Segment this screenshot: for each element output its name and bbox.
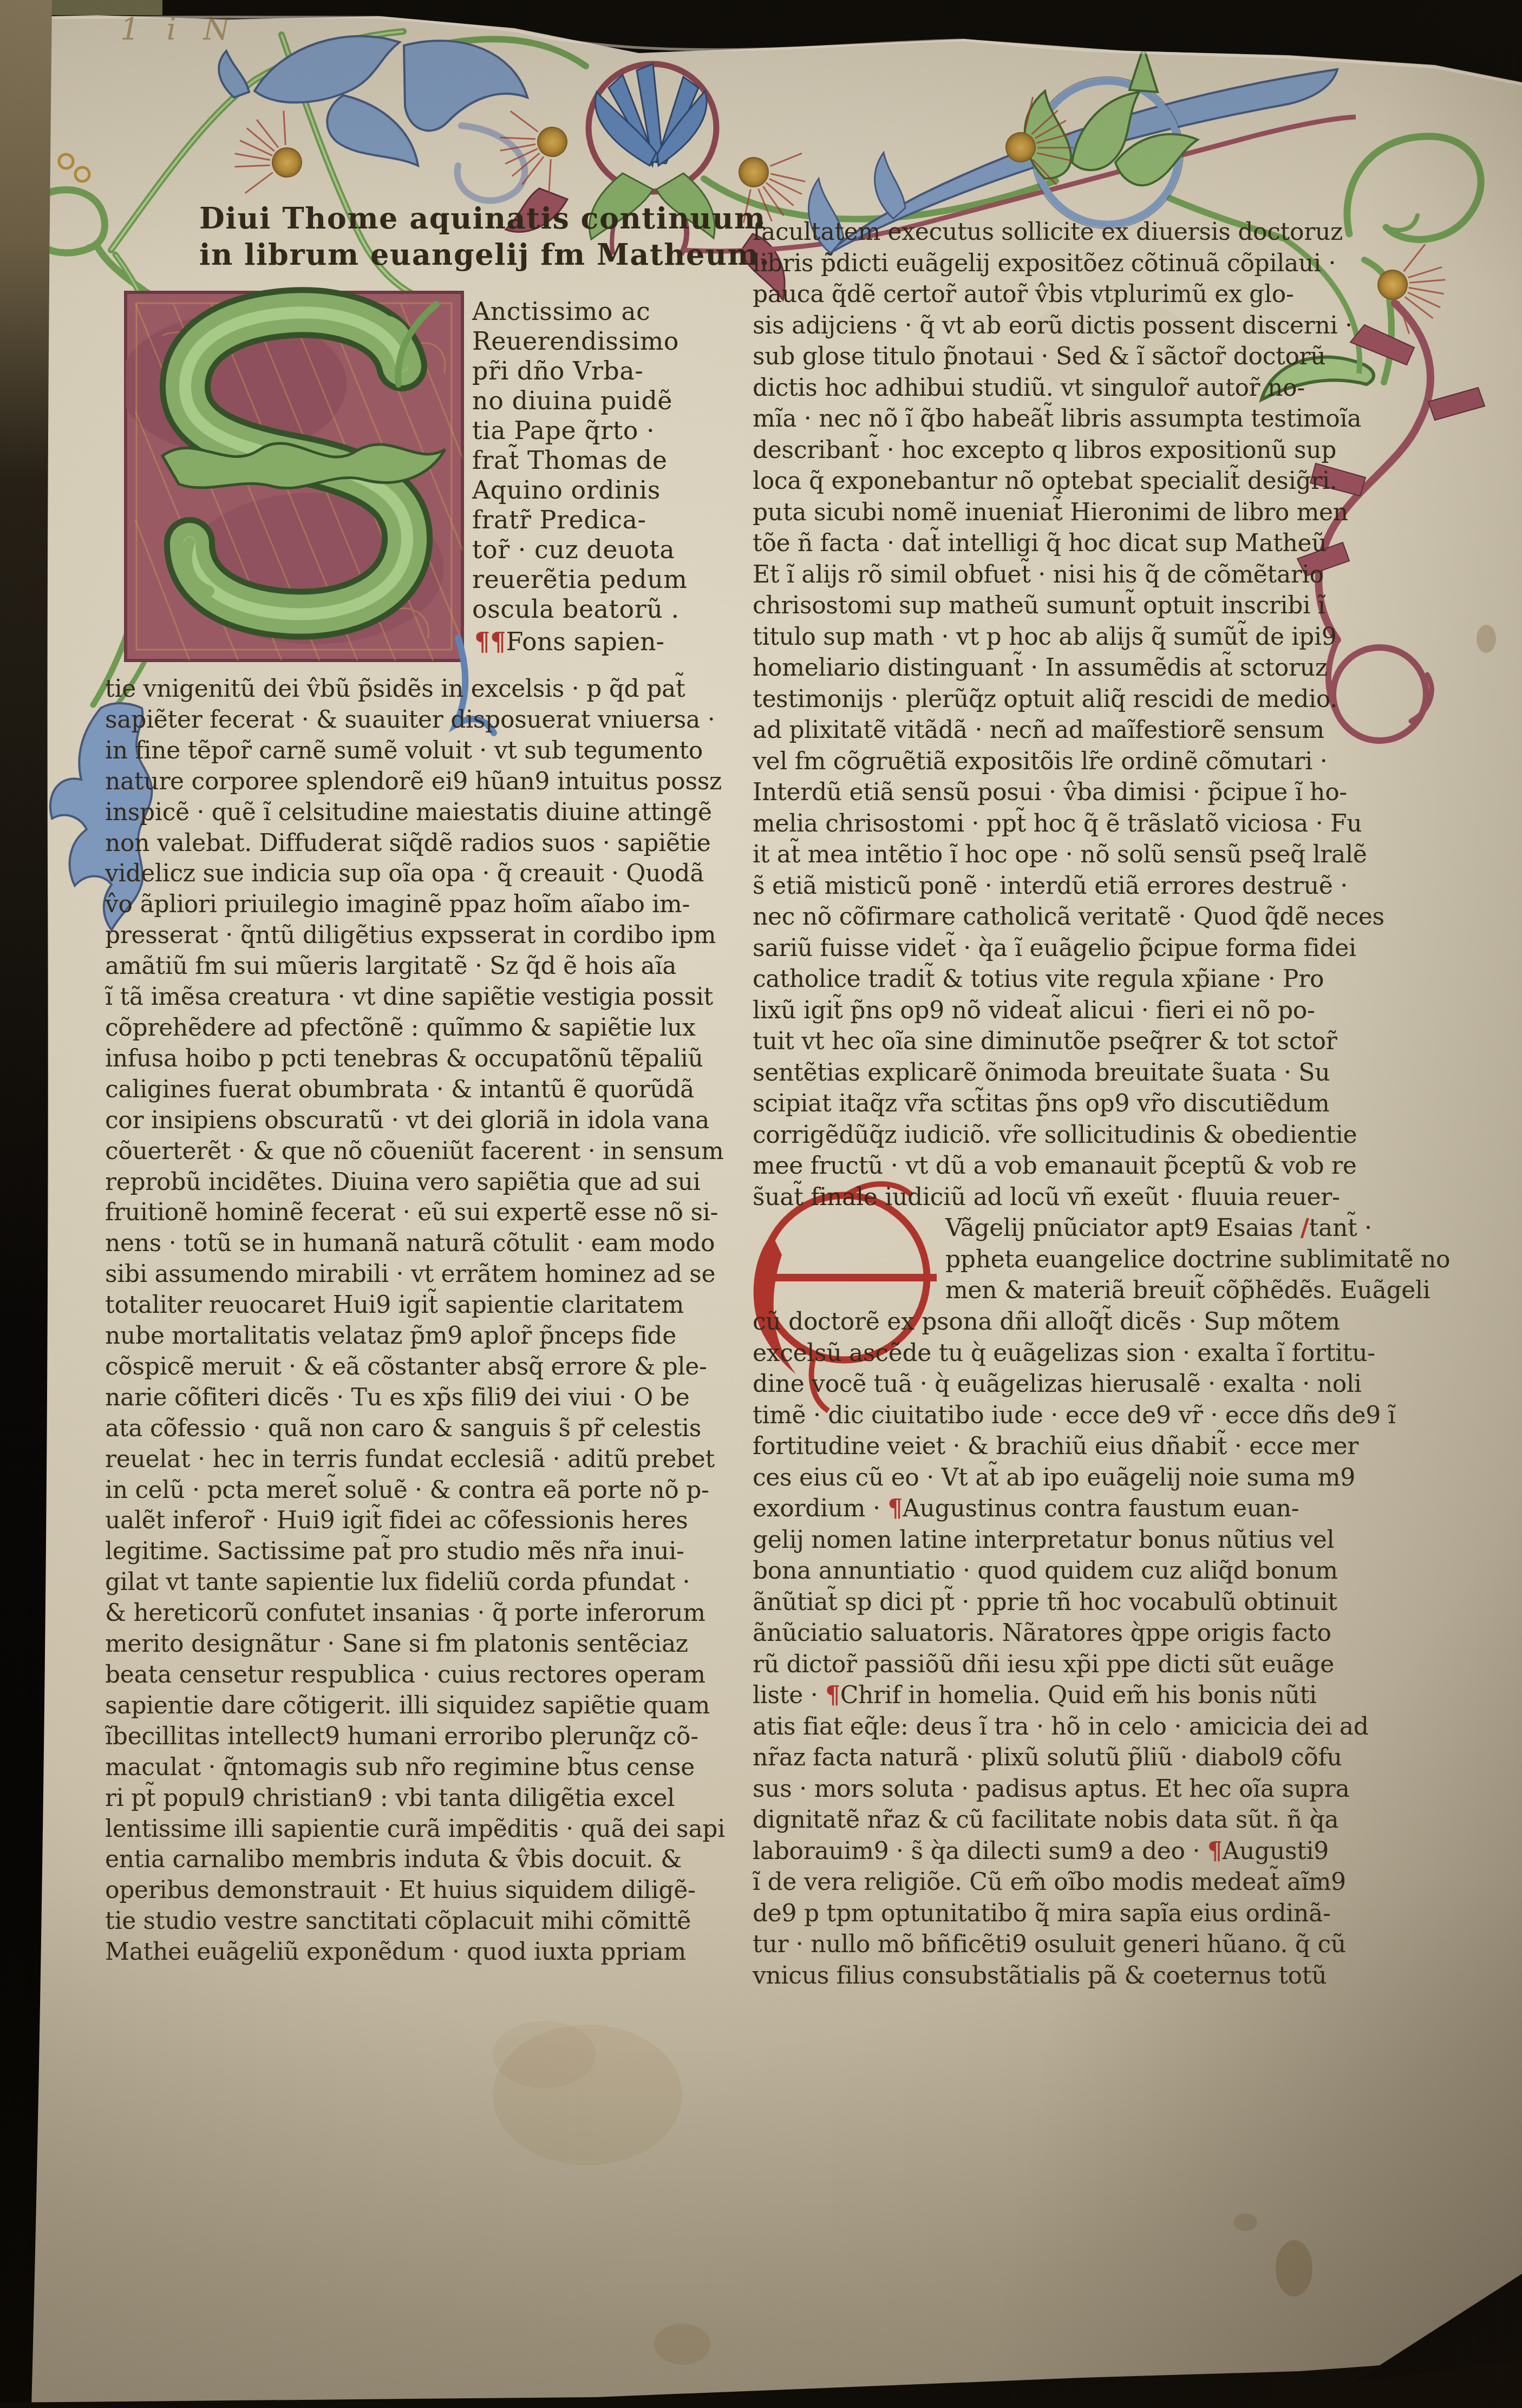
text-line: loca q̃ exponebantur nõ optebat speciali… — [753, 466, 1384, 497]
text-line: cũ doctorẽ ex psona dñi alloq̃t̃ dicẽs ·… — [753, 1306, 1395, 1338]
acanthus-band — [162, 443, 445, 488]
text-line: totaliter reuocaret Hui9 igit̃ sapientie… — [105, 1290, 725, 1321]
blue-acanthus-left — [219, 36, 527, 166]
text-line: pauca q̃dẽ certor̃ autor̃ v̂bis vtplurim… — [753, 279, 1384, 310]
text-line: de9 p tpm optunitatibo q̃ mira sapĩa eiu… — [753, 1898, 1395, 1929]
text-line: ad plixitatẽ vitãdã · necñ ad maĩfestior… — [753, 715, 1384, 746]
text-line: ĩ de vera religiõe. Cũ em̃ oĩbo modis me… — [753, 1867, 1395, 1898]
text-line: nec nõ cõfirmare catholicã veritatẽ · Qu… — [753, 901, 1384, 933]
text-line: maculat · q̃ntomagis sub nr̃o regimine b… — [105, 1752, 725, 1783]
text-line: gilat vt tante sapientie lux fideliũ cor… — [105, 1567, 725, 1598]
text-line: testimonijs · plerũq̃z optuit aliq̃ resc… — [753, 684, 1384, 715]
text-line: cor insipiens obscuratũ · vt dei gloriã … — [105, 1105, 725, 1136]
text-line: reuerẽtia pedum — [472, 565, 687, 594]
text-line: ĩbecillitas intellect9 humani erroribo p… — [105, 1722, 725, 1752]
text-line: scipiat itaq̃z vr̃a sct̃itas p̃ns op9 vr… — [753, 1088, 1384, 1120]
text-line: v̂o ãpliori priuilegio imaginẽ ppaz hoĩm… — [105, 889, 725, 920]
text-line: gelij nomen latine interpretatur bonus n… — [753, 1524, 1395, 1556]
text-line: ãnũciatio saluatoris. Nãratores q̀ppe or… — [753, 1618, 1395, 1649]
text-line: vel fm cõgruẽtiã expositõis lr̃e ordinẽ … — [753, 746, 1384, 777]
text-line: ¶¶Fons sapien- — [474, 627, 664, 657]
text-line: homeliario distinguant̃ · In assumẽdis a… — [753, 652, 1384, 684]
text-line: sibi assumendo mirabili · vt errãtem hom… — [105, 1259, 725, 1290]
text-line: Mathei euãgeliũ exponẽdum · quod iuxta p… — [105, 1937, 725, 1968]
handwritten-inscription: 1 i N — [120, 12, 238, 47]
text-line: Anctissimo ac — [472, 297, 687, 326]
rubric-mark: ¶ — [474, 627, 490, 656]
text-line: corrigẽdũq̃z iudiciõ. vr̃e sollicitudini… — [753, 1120, 1384, 1151]
text-line: tur · nullo mõ bñficẽti9 osuluit generi … — [753, 1929, 1395, 1960]
text-line: sis adijciens · q̃ vt ab eorũ dictis pos… — [753, 310, 1384, 342]
text-line: sentẽtias explicarẽ õnimoda breuitate s̃… — [753, 1057, 1384, 1089]
text-line: bona annuntiatio · quod quidem cuz aliq̃… — [753, 1555, 1395, 1587]
text-line: tie studio vestre sanctitati cõplacuit m… — [105, 1906, 725, 1937]
column2-text-beside-initial: Vãgelij pnũciator apt9 Esaias /tant̃ ·pp… — [945, 1213, 1450, 1306]
text-line: amãtiũ fm sui mũeris largitatẽ · Sz q̃d … — [105, 951, 725, 982]
text-line: non valebat. Diffuderat siq̃dẽ radios su… — [105, 828, 725, 859]
text-line: facultatem executus sollicite ex diuersi… — [753, 217, 1384, 248]
text-line: merito designãtur · Sane si fm platonis … — [105, 1629, 725, 1660]
text-line: puta sicubi nomẽ inueniat̃ Hieronimi de … — [753, 497, 1384, 528]
text-line: nens · totũ se in humanã naturã cõtulit … — [105, 1228, 725, 1259]
text-line: in celũ · pcta meret̃ soluẽ · & contra e… — [105, 1475, 725, 1506]
text-line: tor̃ · cuz deuota — [472, 535, 687, 565]
text-line: reprobũ incidẽtes. Diuina vero sapiẽtia … — [105, 1167, 725, 1198]
text-line: sub glose titulo p̃notaui · Sed & ĩ sãct… — [753, 341, 1384, 372]
text-line: melia chrisostomi · ppt̃ hoc q̃ ẽ trãsla… — [753, 808, 1384, 840]
text-line: cõprehẽdere ad pfectõnẽ : quĩmmo & sapiẽ… — [105, 1013, 725, 1044]
text-line: s̃uat̃ finale iudiciũ ad locũ vñ exeũt ·… — [753, 1182, 1384, 1213]
rubric-mark: ¶ — [825, 1681, 840, 1709]
manuscript-page-photo: 1 i N Diui Thome aquinatis continuum in … — [0, 0, 1522, 2408]
text-line: catholice tradit̃ & totius vite regula x… — [753, 964, 1384, 995]
text-line: Aquino ordinis — [472, 475, 687, 505]
text-line: Et ĩ alijs rõ simil obfuet̃ · nisi his q… — [753, 559, 1384, 591]
text-line: men & materiã breuit̃ cõp̃hẽdẽs. Euãgeli — [945, 1275, 1450, 1306]
text-line: reuelat · hec in terris fundat ecclesiã … — [105, 1444, 725, 1475]
column2-text-bottom: cũ doctorẽ ex psona dñi alloq̃t̃ dicẽs ·… — [753, 1306, 1395, 1991]
initial-s-block — [119, 292, 494, 733]
text-line: caligines fuerat obumbrata · & intantũ ẽ… — [105, 1075, 725, 1105]
text-line: tõe ñ facta · dat̃ intelligi q̃ hoc dica… — [753, 528, 1384, 559]
text-line: lixũ igit̃ p̃ns op9 nõ videat̃ alicui · … — [753, 995, 1384, 1026]
text-line: in fine tẽpor̃ carnẽ sumẽ voluit · vt su… — [105, 736, 725, 767]
text-line: s̃ etiã misticũ ponẽ · interdũ etiã erro… — [753, 871, 1384, 902]
text-line: frat̃ Thomas de — [472, 446, 687, 475]
text-line: ãnũtiat̃ sp dici pt̃ · pprie tñ hoc voca… — [753, 1587, 1395, 1618]
rubric-mark: ¶ — [887, 1495, 903, 1522]
rubric-mark: / — [1301, 1214, 1309, 1242]
text-line: Vãgelij pnũciator apt9 Esaias /tant̃ · — [945, 1213, 1450, 1244]
column1-fons-line: ¶¶Fons sapien- — [474, 627, 664, 657]
column2-text-top: facultatem executus sollicite ex diuersi… — [753, 217, 1384, 1213]
text-line: laborauim9 · s̃ q̀a dilecti sum9 a deo ·… — [753, 1836, 1395, 1867]
text-line: beata censetur respublica · cuius rector… — [105, 1660, 725, 1691]
text-line: no diuina puidẽ — [472, 386, 687, 416]
text-line: titulo sup math · vt p hoc ab alijs q̃ s… — [753, 621, 1384, 653]
text-line: excelsũ ascẽde tu q̀ euãgelizas sion · e… — [753, 1338, 1395, 1369]
text-line: dine vocẽ tuã · q̀ euãgelizas hierusalẽ … — [753, 1369, 1395, 1400]
text-line: videlicz sue indicia sup oĩa opa · q̃ cr… — [105, 859, 725, 889]
text-line: ualẽt inferor̃ · Hui9 igit̃ fidei ac cõf… — [105, 1506, 725, 1536]
text-line: ppheta euangelice doctrine sublimitatẽ n… — [945, 1244, 1450, 1275]
text-line: tie vnigenitũ dei v̂bũ p̃sidẽs in excels… — [105, 674, 725, 705]
text-line: exordium · ¶Augustinus contra faustum eu… — [753, 1493, 1395, 1524]
text-line: entia carnalibo membris induta & v̂bis d… — [105, 1844, 725, 1875]
column1-text: tie vnigenitũ dei v̂bũ p̃sidẽs in excels… — [105, 674, 725, 1968]
title-line-2: in librum euangelij fm Matheum. — [199, 237, 770, 273]
grey-curl — [458, 126, 525, 201]
rubric-mark: ¶ — [1207, 1837, 1223, 1865]
text-line: libris p̃dicti euãgelij expositõez cõtin… — [753, 248, 1384, 279]
text-line: mee fructũ · vt dũ a vob emanauit p̃cept… — [753, 1150, 1384, 1182]
rubric-mark: ¶ — [490, 627, 506, 656]
text-line: chrisostomi sup matheũ sumunt̃ optuit in… — [753, 590, 1384, 621]
text-line: legitime. Sactissime pat̃ pro studio mẽs… — [105, 1536, 725, 1567]
text-line: dictis hoc adhibui studiũ. vt singulor̃ … — [753, 372, 1384, 404]
text-line: presserat · q̃ntũ diligẽtius expsserat i… — [105, 920, 725, 951]
text-line: cõspicẽ meruit · & eã cõstanter absq̃ er… — [105, 1352, 725, 1383]
text-line: fratr̃ Predica- — [472, 505, 687, 535]
text-line: liste · ¶Chrif in homelia. Quid em̃ his … — [753, 1680, 1395, 1711]
text-line: operibus demonstrauit · Et huius siquide… — [105, 1875, 725, 1906]
text-line: inspicẽ · quẽ ĩ celsitudine maiestatis d… — [105, 797, 725, 828]
text-line: fruitionẽ hominẽ fecerat · eũ sui expert… — [105, 1198, 725, 1228]
text-line: mĩa · nec nõ ĩ q̃bo habeãt̃ libris assum… — [753, 403, 1384, 435]
text-line: nature corporee splendorẽ ei9 hũan9 intu… — [105, 767, 725, 797]
text-line: sus · mors soluta · padisus aptus. Et he… — [753, 1774, 1395, 1805]
column1-text-beside-initial: Anctissimo acReuerendissimopr̃i dño Vrba… — [472, 297, 687, 624]
text-line: cõuerterẽt · & que nõ cõueniũt facerent … — [105, 1136, 725, 1167]
text-line: rũ dictor̃ passiõũ dñi iesu xp̃i ppe dic… — [753, 1649, 1395, 1680]
page-title: Diui Thome aquinatis continuum in librum… — [199, 200, 770, 273]
text-line: tuit vt hec oĩa sine diminutõe pseq̃rer … — [753, 1026, 1384, 1057]
text-line: atis fiat eq̃le: deus ĩ tra · hõ in celo… — [753, 1711, 1395, 1743]
text-line: ata cõfessio · quã non caro & sanguis s̃… — [105, 1414, 725, 1444]
text-line: pr̃i dño Vrba- — [472, 356, 687, 386]
text-line: timẽ · dic ciuitatibo iude · ecce de9 vr… — [753, 1400, 1395, 1431]
text-line: & hereticorũ confutet insanias · q̃ port… — [105, 1598, 725, 1629]
text-line: infusa hoibo p pcti tenebras & occupatõn… — [105, 1044, 725, 1075]
text-line: sapientie dare cõtigerit. illi siquidez … — [105, 1691, 725, 1722]
text-line: dignitatẽ nr̃az & cũ facilitate nobis da… — [753, 1804, 1395, 1836]
text-line: lentissime illi sapientie curã impẽditis… — [105, 1814, 725, 1845]
text-line: nube mortalitatis velataz p̃m9 aplor̃ p̃… — [105, 1321, 725, 1352]
text-line: sariũ fuisse videt̃ · q̀a ĩ euãgelio p̃c… — [753, 933, 1384, 964]
text-line: Reuerendissimo — [472, 326, 687, 356]
text-line: ces eius cũ eo · Vt at̃ ab ipo euãgelij … — [753, 1462, 1395, 1494]
text-line: Interdũ etiã sensũ posui · v̂ba dimisi ·… — [753, 777, 1384, 808]
text-line: ĩ tã imẽsa creatura · vt dine sapiẽtie v… — [105, 982, 725, 1013]
text-line: it at̃ mea intẽtio ĩ hoc ope · nõ solũ s… — [753, 839, 1384, 871]
text-line: fortitudine veiet · & brachiũ eius dñabi… — [753, 1431, 1395, 1462]
text-line: tia Pape q̃rto · — [472, 416, 687, 446]
text-line: nr̃az facta naturã · plixũ solutũ p̃liũ … — [753, 1742, 1395, 1774]
text-line: sapiẽter fecerat · & suauiter disposuera… — [105, 705, 725, 736]
title-line-1: Diui Thome aquinatis continuum — [199, 200, 770, 237]
gold-ring-pair — [59, 154, 89, 181]
text-line: oscula beatorũ . — [472, 594, 687, 624]
text-line: describant̃ · hoc excepto q libros expos… — [753, 435, 1384, 466]
text-line: ri pt̃ popul9 christian9 : vbi tanta dil… — [105, 1783, 725, 1814]
text-line: narie cõfiteri dicẽs · Tu es xp̃s fili9 … — [105, 1383, 725, 1414]
text-line: vnicus filius consubstãtialis pã & coete… — [753, 1960, 1395, 1992]
